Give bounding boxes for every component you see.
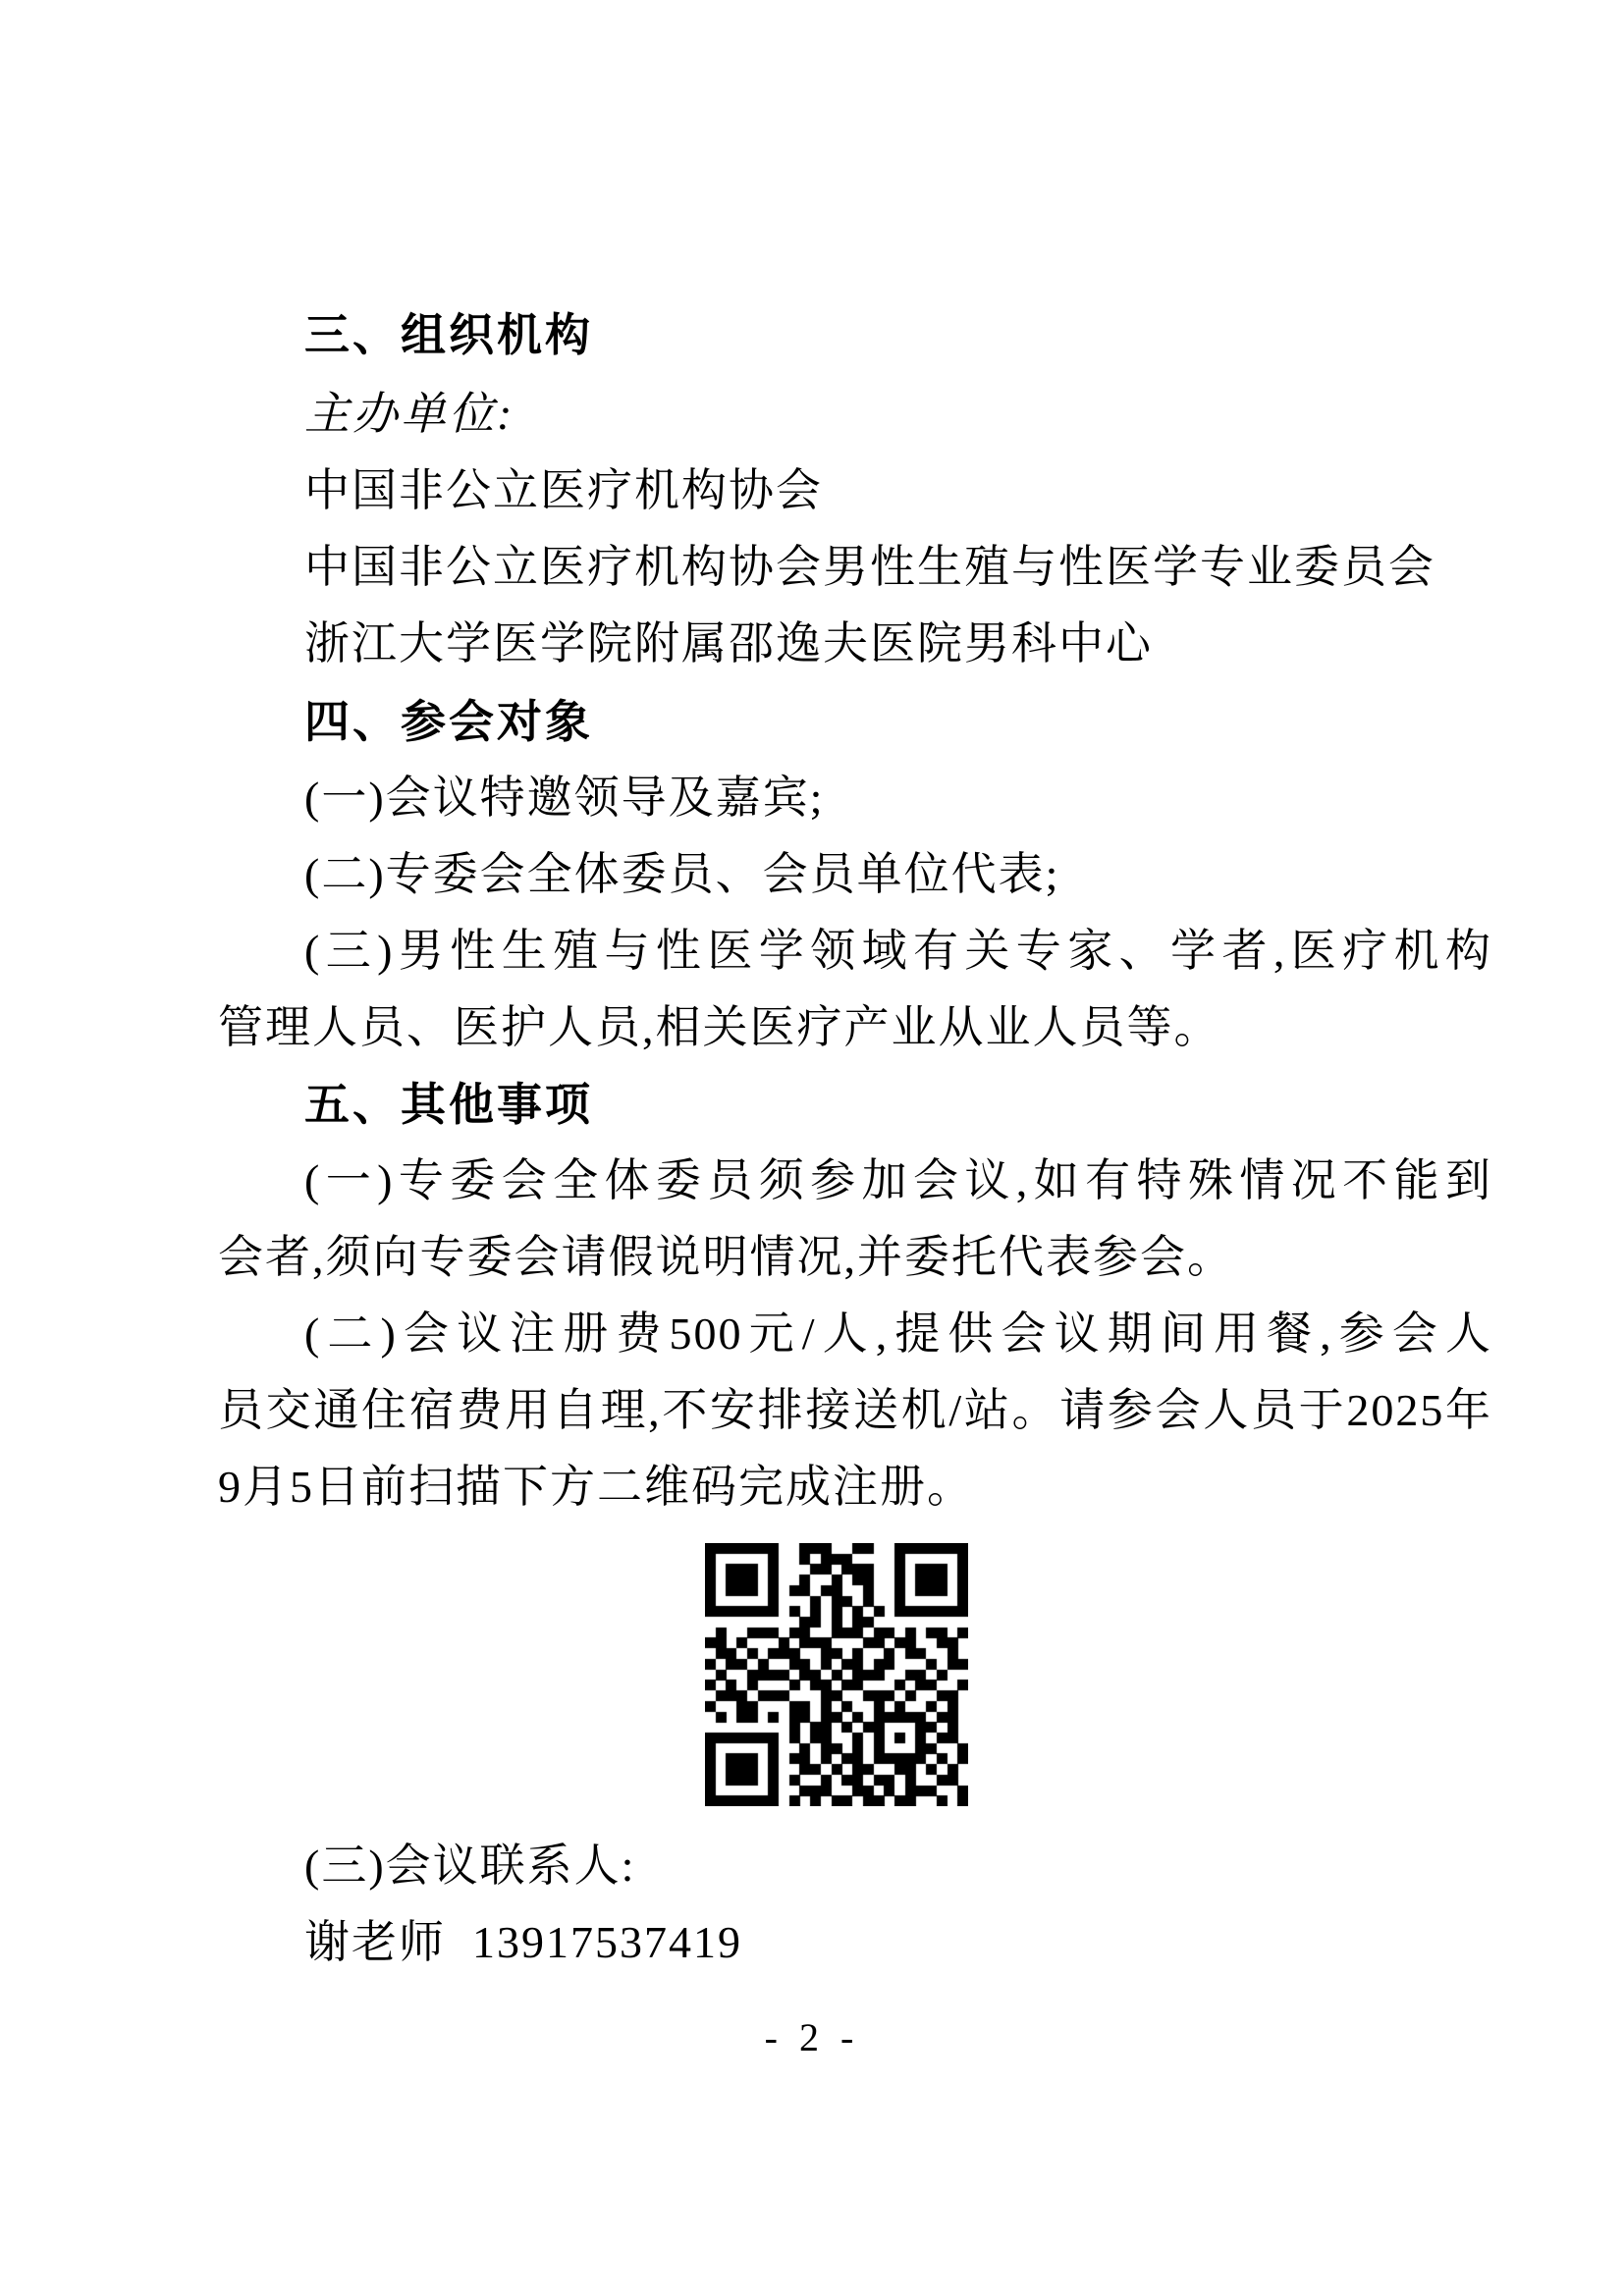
section-heading-participants: 四、参会对象	[218, 695, 1492, 748]
other-item-2-line-3: 9月5日前扫描下方二维码完成注册。	[218, 1461, 1492, 1514]
participant-item-3-line-2: 管理人员、医护人员,相关医疗产业从业人员等。	[218, 1001, 1492, 1054]
participant-item-3-line-1: (三)男性生殖与性医学领域有关专家、学者,医疗机构	[218, 925, 1492, 978]
organizer-2: 中国非公立医疗机构协会男性生殖与性医学专业委员会	[218, 541, 1492, 594]
section-heading-organization: 三、组织机构	[218, 308, 1492, 361]
organizer-3: 浙江大学医学院附属邵逸夫医院男科中心	[218, 617, 1492, 670]
participant-item-2: (二)专委会全体委员、会员单位代表;	[218, 848, 1492, 901]
other-item-2-line-2: 员交通住宿费用自理,不安排接送机/站。请参会人员于2025年	[218, 1384, 1492, 1437]
document-page: 三、组织机构 主办单位: 中国非公立医疗机构协会 中国非公立医疗机构协会男性生殖…	[0, 0, 1624, 2296]
organizer-1: 中国非公立医疗机构协会	[218, 464, 1492, 517]
host-units-label: 主办单位:	[218, 388, 1492, 441]
section-heading-other-matters: 五、其他事项	[218, 1078, 1492, 1131]
page-number: - 2 -	[0, 2014, 1624, 2061]
other-item-1-line-2: 会者,须向专委会请假说明情况,并委托代表参会。	[218, 1231, 1492, 1284]
other-item-1-line-1: (一)专委会全体委员须参加会议,如有特殊情况不能到	[218, 1154, 1492, 1207]
registration-qr-code	[705, 1543, 968, 1806]
participant-item-1: (一)会议特邀领导及嘉宾;	[218, 772, 1492, 825]
other-item-2-line-1: (二)会议注册费500元/人,提供会议期间用餐,参会人	[218, 1308, 1492, 1361]
contact-heading: (三)会议联系人:	[218, 1840, 1492, 1893]
contact-person-phone: 谢老师 13917537419	[218, 1916, 1492, 1969]
